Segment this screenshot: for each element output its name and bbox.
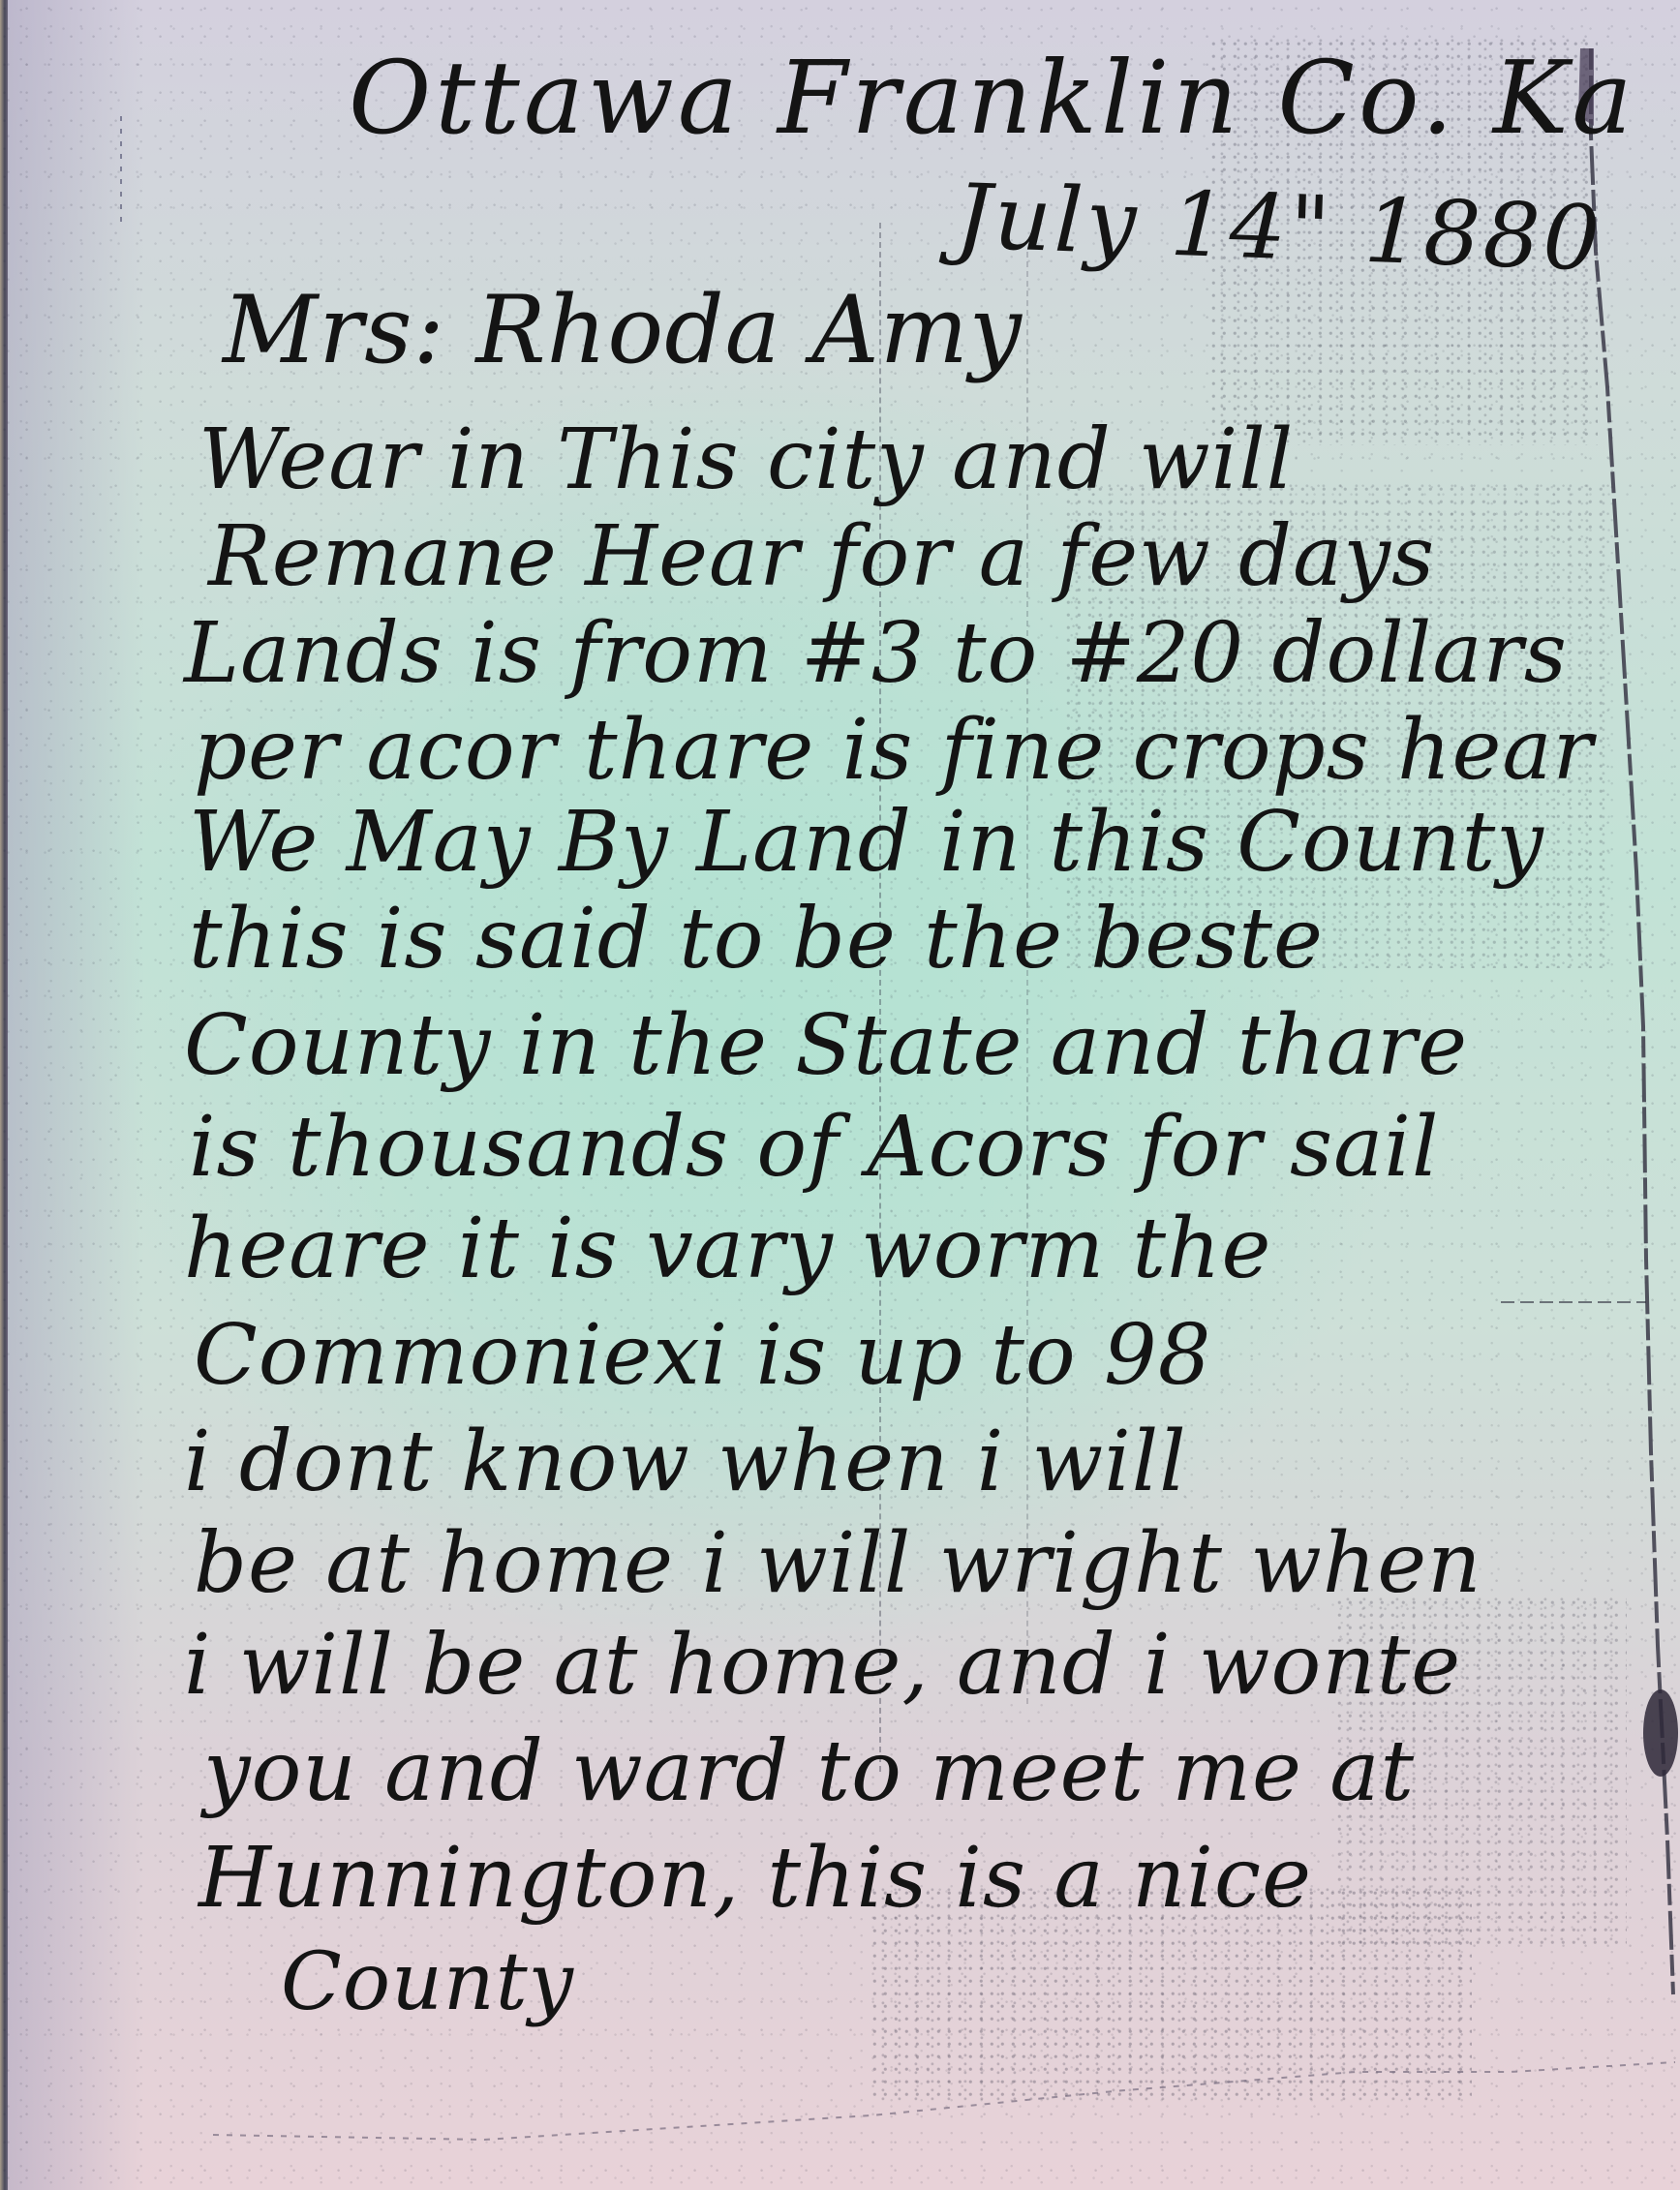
letter-body-line: per acor thare is fine crops hear — [194, 702, 1594, 799]
letter-place: Ottawa Franklin Co. Ka — [349, 39, 1636, 157]
letter-body-line: heare it is vary worm the — [184, 1201, 1271, 1297]
letter-salutation: Mrs: Rhoda Amy — [223, 276, 1023, 384]
letter-content: Ottawa Franklin Co. Ka July 14" 1880 Mrs… — [0, 0, 1680, 2190]
letter-body-line: Remane Hear for a few days — [208, 508, 1435, 605]
letter-body-line: Hunnington, this is a nice — [199, 1830, 1312, 1927]
letter-body-line: Lands is from #3 to #20 dollars — [184, 605, 1568, 702]
letter-body-line: Wear in This city and will — [199, 411, 1294, 508]
letter-closing: County — [281, 1936, 574, 2028]
letter-body-line: this is said to be the beste — [189, 891, 1324, 988]
letter-body-line: Commoniexi is up to 98 — [194, 1307, 1211, 1404]
letter-body-line: We May By Land in this County — [189, 794, 1544, 891]
letter-body-line: i will be at home, and i wonte — [184, 1617, 1461, 1714]
letter-date: July 14" 1880 — [954, 165, 1604, 290]
letter-body-line: is thousands of Acors for sail — [189, 1099, 1439, 1196]
letter-body-line: County in the State and thare — [184, 997, 1468, 1094]
letter-body-line: i dont know when i will — [184, 1414, 1187, 1510]
letter-body-line: be at home i will wright when — [194, 1515, 1482, 1612]
letter-body-line: you and ward to meet me at — [203, 1723, 1415, 1820]
